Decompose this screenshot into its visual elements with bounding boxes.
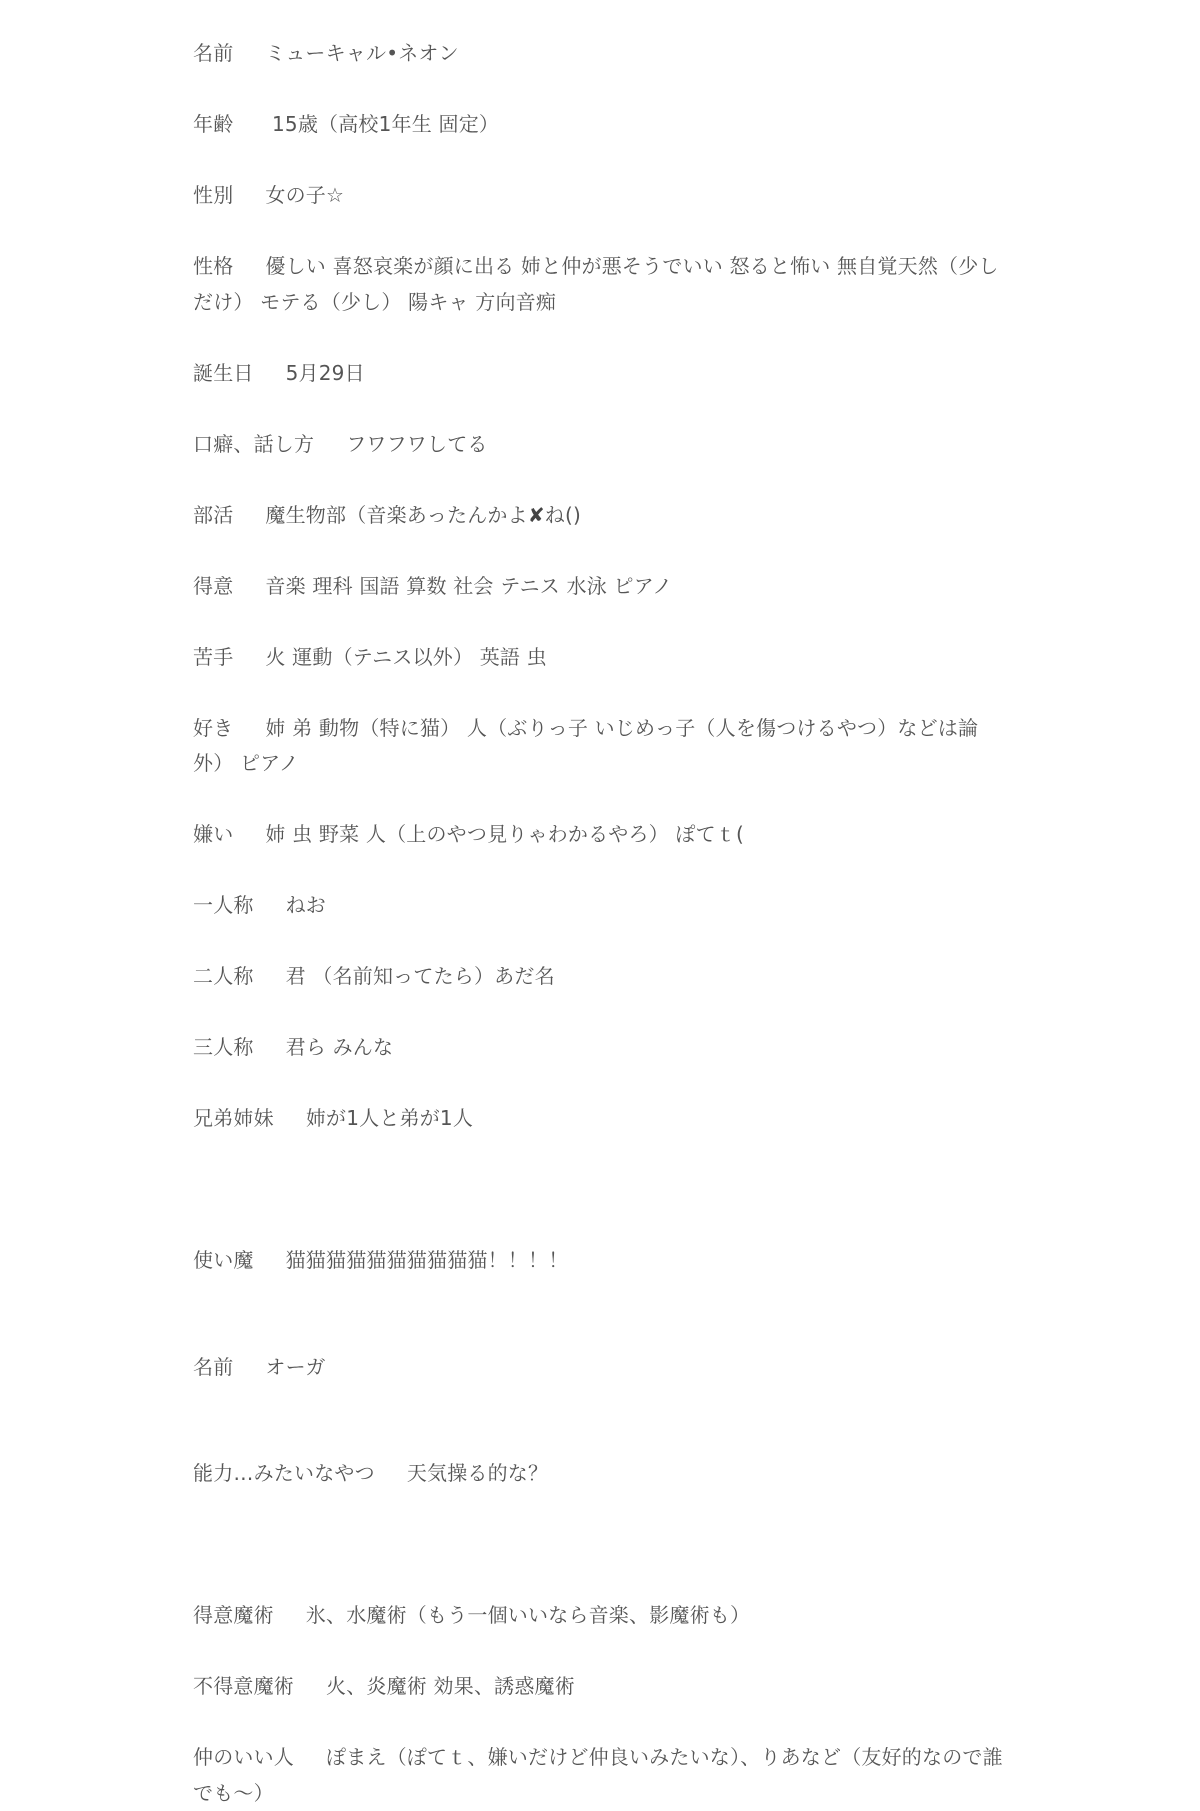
field-label: 得意 [193,574,233,598]
field-label: 年齢 [193,112,233,136]
field-value: 火 運動（テニス以外） 英語 虫 [265,645,546,669]
field-label: 二人称 [193,964,254,988]
field-value: 君 （名前知ってたら）あだ名 [286,964,555,988]
field-value: 姉 弟 動物（特に猫） 人（ぶりっ子 いじめっ子（人を傷つけるやつ）などは論外）… [193,716,978,776]
field-strengths: 得意音楽 理科 国語 算数 社会 テニス 水泳 ピアノ [193,569,1008,605]
field-dislikes: 嫌い姉 虫 野菜 人（上のやつ見りゃわかるやろ） ぽてｔ( [193,817,1008,853]
field-label: 三人称 [193,1035,254,1059]
field-third-person: 三人称君ら みんな [193,1030,1008,1066]
field-siblings: 兄弟姉妹姉が1人と弟が1人 [193,1101,1008,1137]
familiar-line: 使い魔猫猫猫猫猫猫猫猫猫猫！！！！ [193,1243,1008,1279]
familiar-ability-line: 能力…みたいなやつ天気操る的な？ [193,1456,1008,1492]
field-first-person: 一人称ねお [193,888,1008,924]
field-label: 名前 [193,1355,233,1379]
field-label: 性別 [193,183,233,207]
field-value: 女の子☆ [265,183,344,207]
field-label: 一人称 [193,893,254,917]
field-value: 姉 虫 野菜 人（上のやつ見りゃわかるやろ） ぽてｔ( [265,822,744,846]
field-birthday: 誕生日5月29日 [193,356,1008,392]
field-label: 能力…みたいなやつ [193,1461,375,1485]
field-label: 部活 [193,503,233,527]
field-gender: 性別女の子☆ [193,178,1008,214]
field-second-person: 二人称君 （名前知ってたら）あだ名 [193,959,1008,995]
field-label: 使い魔 [193,1248,254,1272]
field-familiar: 使い魔猫猫猫猫猫猫猫猫猫猫！！！！ 名前オーガ 能力…みたいなやつ天気操る的な？ [193,1172,1008,1525]
field-value-suffix: ね() [545,503,581,527]
field-label: 苦手 [193,645,233,669]
field-value: 魔生物部（音楽あったんかよ [265,503,527,527]
field-value: フワフワしてる [346,432,487,456]
field-value: 15歳（高校1年生 固定） [265,112,499,136]
field-value: 姉が1人と弟が1人 [306,1106,473,1130]
field-label: 好き [193,716,233,740]
field-label: 誕生日 [193,361,254,385]
familiar-name-line: 名前オーガ [193,1350,1008,1386]
field-speech: 口癖、話し方フワフワしてる [193,427,1008,463]
field-value: ミューキャル•ネオン [265,41,458,65]
field-value: 君ら みんな [286,1035,394,1059]
field-likes: 好き姉 弟 動物（特に猫） 人（ぶりっ子 いじめっ子（人を傷つけるやつ）などは論… [193,711,1008,782]
field-value: ねお [286,893,326,917]
field-age: 年齢 15歳（高校1年生 固定） [193,107,1008,143]
field-value: 5月29日 [286,361,365,385]
field-label: 口癖、話し方 [193,432,314,456]
field-value: 天気操る的な？ [407,1461,548,1485]
field-value: 音楽 理科 国語 算数 社会 テニス 水泳 ピアノ [265,574,672,598]
field-value: オーガ [265,1355,325,1379]
field-club: 部活魔生物部（音楽あったんかよ✘ね() [193,498,1008,534]
field-personality: 性格優しい 喜怒哀楽が顔に出る 姉と仲が悪そうでいい 怒ると怖い 無自覚天然（少… [193,249,1008,320]
cross-mark-icon: ✘ [528,503,545,527]
field-value: 優しい 喜怒哀楽が顔に出る 姉と仲が悪そうでいい 怒ると怖い 無自覚天然（少しだ… [193,254,999,314]
field-weaknesses: 苦手火 運動（テニス以外） 英語 虫 [193,640,1008,676]
field-value: 猫猫猫猫猫猫猫猫猫猫！！！！ [286,1248,569,1272]
field-name: 名前ミューキャル•ネオン [193,36,1008,72]
field-label: 嫌い [193,822,233,846]
field-label: 性格 [193,254,233,278]
field-label: 兄弟姉妹 [193,1106,274,1130]
field-label: 名前 [193,41,233,65]
character-profile-document: 名前ミューキャル•ネオン 年齢 15歳（高校1年生 固定） 性別女の子☆ 性格優… [193,36,1008,1525]
